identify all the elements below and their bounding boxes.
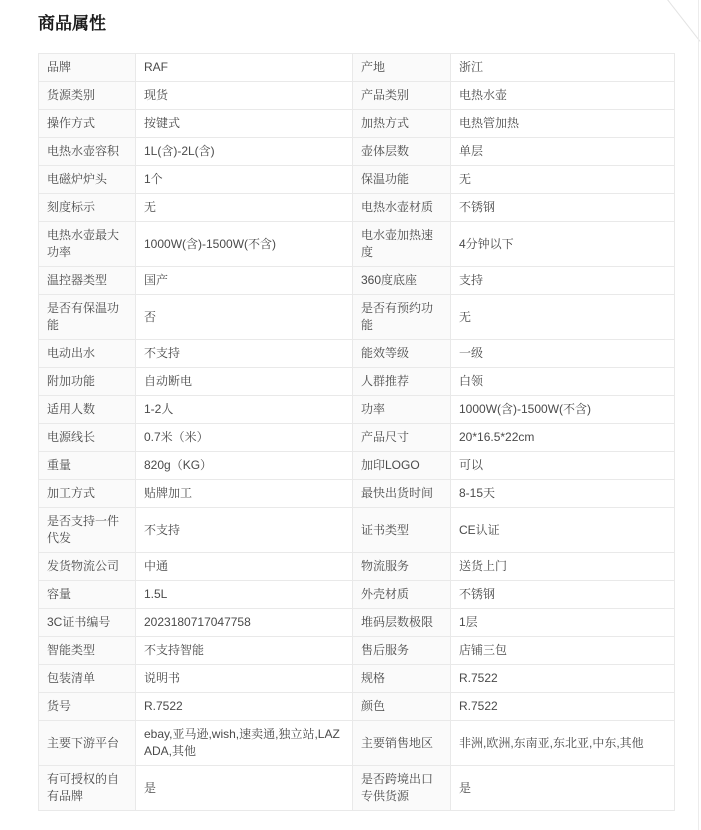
- attr-value-cell: 自动断电: [136, 368, 353, 396]
- attr-label-cell: 货源类别: [39, 82, 136, 110]
- attr-label-cell: 最快出货时间: [353, 480, 451, 508]
- attr-label-cell: 品牌: [39, 54, 136, 82]
- attr-value-cell: 是: [451, 766, 675, 811]
- table-row: 附加功能自动断电人群推荐白领: [39, 368, 675, 396]
- attr-value-cell: 一级: [451, 340, 675, 368]
- attr-label-cell: 能效等级: [353, 340, 451, 368]
- attr-label-cell: 壶体层数: [353, 138, 451, 166]
- attr-label-cell: 容量: [39, 581, 136, 609]
- attr-label-cell: 加工方式: [39, 480, 136, 508]
- attr-value-cell: ebay,亚马逊,wish,速卖通,独立站,LAZADA,其他: [136, 721, 353, 766]
- attr-value-cell: RAF: [136, 54, 353, 82]
- attr-label-cell: 证书类型: [353, 508, 451, 553]
- table-row: 电热水壶容积1L(含)-2L(含)壶体层数单层: [39, 138, 675, 166]
- table-row: 容量1.5L外壳材质不锈钢: [39, 581, 675, 609]
- attr-label-cell: 有可授权的自有品牌: [39, 766, 136, 811]
- attr-label-cell: 功率: [353, 396, 451, 424]
- attr-value-cell: 说明书: [136, 665, 353, 693]
- attr-value-cell: 不锈钢: [451, 581, 675, 609]
- attr-label-cell: 智能类型: [39, 637, 136, 665]
- attr-value-cell: 不支持智能: [136, 637, 353, 665]
- section-title: 商品属性: [0, 0, 701, 34]
- table-row: 电动出水不支持能效等级一级: [39, 340, 675, 368]
- attr-label-cell: 360度底座: [353, 267, 451, 295]
- attr-value-cell: 按键式: [136, 110, 353, 138]
- table-row: 温控器类型国产360度底座支持: [39, 267, 675, 295]
- table-row: 货号R.7522颜色R.7522: [39, 693, 675, 721]
- attr-label-cell: 是否支持一件代发: [39, 508, 136, 553]
- table-row: 主要下游平台ebay,亚马逊,wish,速卖通,独立站,LAZADA,其他主要销…: [39, 721, 675, 766]
- table-row: 操作方式按键式加热方式电热管加热: [39, 110, 675, 138]
- table-row: 是否支持一件代发不支持证书类型CE认证: [39, 508, 675, 553]
- table-row: 刻度标示无电热水壶材质不锈钢: [39, 194, 675, 222]
- attr-value-cell: 820g（KG）: [136, 452, 353, 480]
- attr-label-cell: 加热方式: [353, 110, 451, 138]
- attr-label-cell: 产品尺寸: [353, 424, 451, 452]
- table-row: 品牌RAF产地浙江: [39, 54, 675, 82]
- attr-label-cell: 适用人数: [39, 396, 136, 424]
- attr-label-cell: 颜色: [353, 693, 451, 721]
- attr-value-cell: 20*16.5*22cm: [451, 424, 675, 452]
- attr-value-cell: 浙江: [451, 54, 675, 82]
- attr-value-cell: 8-15天: [451, 480, 675, 508]
- attr-label-cell: 电磁炉炉头: [39, 166, 136, 194]
- attr-label-cell: 主要下游平台: [39, 721, 136, 766]
- product-attributes-table: 品牌RAF产地浙江货源类别现货产品类别电热水壶操作方式按键式加热方式电热管加热电…: [38, 53, 675, 811]
- attr-label-cell: 刻度标示: [39, 194, 136, 222]
- attr-value-cell: 无: [136, 194, 353, 222]
- attr-label-cell: 堆码层数极限: [353, 609, 451, 637]
- table-row: 包装清单说明书规格R.7522: [39, 665, 675, 693]
- attr-value-cell: 1层: [451, 609, 675, 637]
- attr-value-cell: 不支持: [136, 340, 353, 368]
- attr-label-cell: 电源线长: [39, 424, 136, 452]
- attr-label-cell: 售后服务: [353, 637, 451, 665]
- attr-value-cell: 1000W(含)-1500W(不含): [451, 396, 675, 424]
- table-row: 电源线长0.7米（米）产品尺寸20*16.5*22cm: [39, 424, 675, 452]
- table-row: 货源类别现货产品类别电热水壶: [39, 82, 675, 110]
- attr-label-cell: 物流服务: [353, 553, 451, 581]
- attr-value-cell: 0.7米（米）: [136, 424, 353, 452]
- attr-label-cell: 加印LOGO: [353, 452, 451, 480]
- table-row: 是否有保温功能否是否有预约功能无: [39, 295, 675, 340]
- attr-value-cell: 4分钟以下: [451, 222, 675, 267]
- attr-value-cell: 白领: [451, 368, 675, 396]
- attr-label-cell: 附加功能: [39, 368, 136, 396]
- attr-label-cell: 重量: [39, 452, 136, 480]
- attr-label-cell: 发货物流公司: [39, 553, 136, 581]
- attr-value-cell: 送货上门: [451, 553, 675, 581]
- table-row: 智能类型不支持智能售后服务店铺三包: [39, 637, 675, 665]
- attr-value-cell: 无: [451, 295, 675, 340]
- attr-value-cell: 1.5L: [136, 581, 353, 609]
- attr-value-cell: R.7522: [136, 693, 353, 721]
- attr-value-cell: 1个: [136, 166, 353, 194]
- attr-value-cell: 1L(含)-2L(含): [136, 138, 353, 166]
- table-row: 电磁炉炉头1个保温功能无: [39, 166, 675, 194]
- attr-label-cell: 电热水壶容积: [39, 138, 136, 166]
- attr-value-cell: R.7522: [451, 693, 675, 721]
- attr-value-cell: 现货: [136, 82, 353, 110]
- attr-value-cell: 非洲,欧洲,东南亚,东北亚,中东,其他: [451, 721, 675, 766]
- attr-value-cell: 电热管加热: [451, 110, 675, 138]
- attr-label-cell: 主要销售地区: [353, 721, 451, 766]
- attr-label-cell: 电水壶加热速度: [353, 222, 451, 267]
- attr-label-cell: 货号: [39, 693, 136, 721]
- attr-label-cell: 电动出水: [39, 340, 136, 368]
- attr-value-cell: 不支持: [136, 508, 353, 553]
- attr-label-cell: 温控器类型: [39, 267, 136, 295]
- table-row: 重量820g（KG）加印LOGO可以: [39, 452, 675, 480]
- attr-label-cell: 外壳材质: [353, 581, 451, 609]
- attr-value-cell: 电热水壶: [451, 82, 675, 110]
- table-row: 有可授权的自有品牌是是否跨境出口专供货源是: [39, 766, 675, 811]
- attr-value-cell: R.7522: [451, 665, 675, 693]
- table-row: 3C证书编号2023180717047758堆码层数极限1层: [39, 609, 675, 637]
- table-row: 发货物流公司中通物流服务送货上门: [39, 553, 675, 581]
- attr-label-cell: 产地: [353, 54, 451, 82]
- attr-value-cell: CE认证: [451, 508, 675, 553]
- product-attributes-page: 商品属性 品牌RAF产地浙江货源类别现货产品类别电热水壶操作方式按键式加热方式电…: [0, 0, 701, 830]
- attr-value-cell: 贴牌加工: [136, 480, 353, 508]
- attr-value-cell: 中通: [136, 553, 353, 581]
- attr-value-cell: 单层: [451, 138, 675, 166]
- attr-label-cell: 3C证书编号: [39, 609, 136, 637]
- attr-label-cell: 是否有保温功能: [39, 295, 136, 340]
- attr-value-cell: 是: [136, 766, 353, 811]
- attr-value-cell: 不锈钢: [451, 194, 675, 222]
- attr-label-cell: 电热水壶材质: [353, 194, 451, 222]
- attr-label-cell: 人群推荐: [353, 368, 451, 396]
- table-row: 加工方式贴牌加工最快出货时间8-15天: [39, 480, 675, 508]
- attr-value-cell: 1-2人: [136, 396, 353, 424]
- attr-label-cell: 规格: [353, 665, 451, 693]
- attr-value-cell: 1000W(含)-1500W(不含): [136, 222, 353, 267]
- attr-value-cell: 店铺三包: [451, 637, 675, 665]
- table-row: 适用人数1-2人功率1000W(含)-1500W(不含): [39, 396, 675, 424]
- attributes-table-body: 品牌RAF产地浙江货源类别现货产品类别电热水壶操作方式按键式加热方式电热管加热电…: [39, 54, 675, 811]
- page-edge-line: [698, 0, 699, 830]
- attr-value-cell: 可以: [451, 452, 675, 480]
- attr-label-cell: 操作方式: [39, 110, 136, 138]
- attr-value-cell: 支持: [451, 267, 675, 295]
- attr-label-cell: 产品类别: [353, 82, 451, 110]
- table-row: 电热水壶最大功率1000W(含)-1500W(不含)电水壶加热速度4分钟以下: [39, 222, 675, 267]
- attr-label-cell: 保温功能: [353, 166, 451, 194]
- attr-label-cell: 是否跨境出口专供货源: [353, 766, 451, 811]
- attr-value-cell: 2023180717047758: [136, 609, 353, 637]
- attr-value-cell: 国产: [136, 267, 353, 295]
- attr-value-cell: 无: [451, 166, 675, 194]
- attr-label-cell: 是否有预约功能: [353, 295, 451, 340]
- attr-label-cell: 包装清单: [39, 665, 136, 693]
- attr-label-cell: 电热水壶最大功率: [39, 222, 136, 267]
- attr-value-cell: 否: [136, 295, 353, 340]
